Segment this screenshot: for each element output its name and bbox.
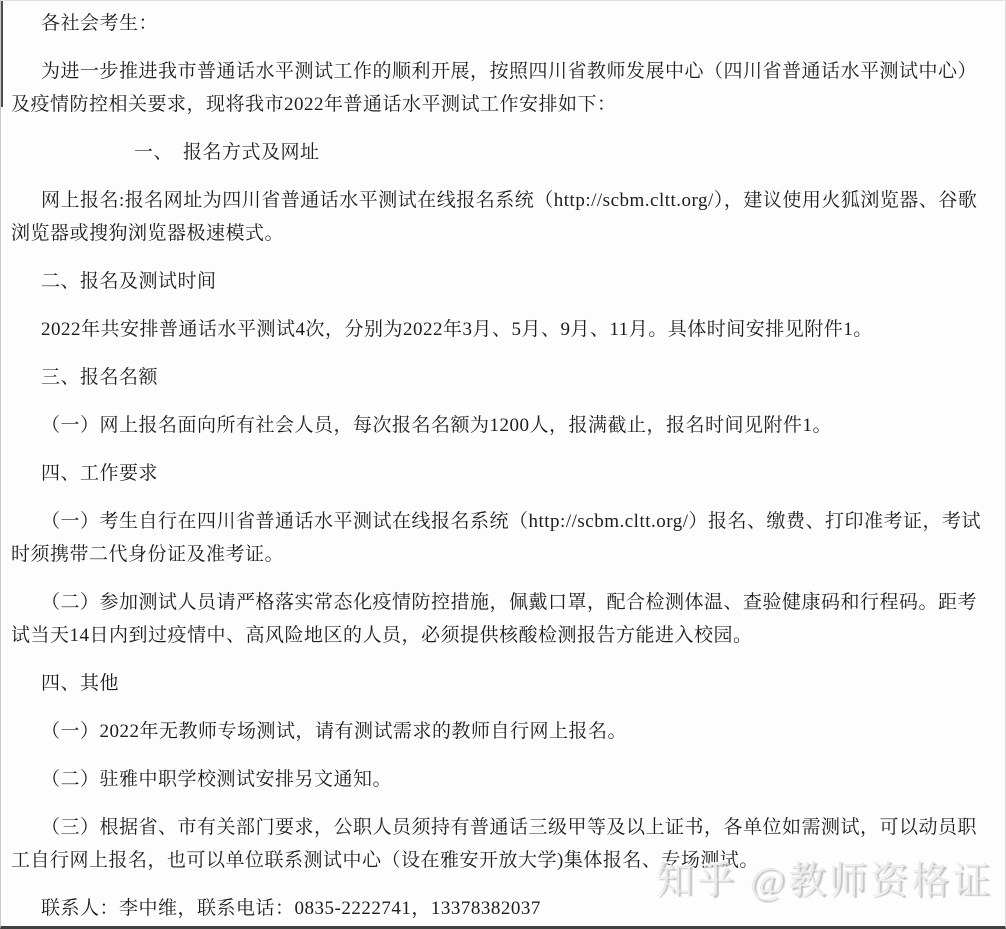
paragraph-other-3: （三）根据省、市有关部门要求，公职人员须持有普通话三级甲等及以上证书，各单位如需… <box>11 811 995 877</box>
section-heading-4-others: 四、其他 <box>11 667 995 700</box>
notice-document-page: 各社会考生： 为进一步推进我市普通话水平测试工作的顺利开展，按照四川省教师发展中… <box>0 0 1006 929</box>
section-heading-3-registration-quota: 三、报名名额 <box>11 361 995 394</box>
paragraph-test-schedule: 2022年共安排普通话水平测试4次，分别为2022年3月、5月、9月、11月。具… <box>11 313 995 346</box>
section-heading-1-registration-method: 一、 报名方式及网址 <box>11 136 995 169</box>
paragraph-requirement-2: （二）参加测试人员请严格落实常态化疫情防控措施，佩戴口罩，配合检测体温、查验健康… <box>11 586 995 652</box>
section-heading-4-work-requirements: 四、工作要求 <box>11 457 995 490</box>
paragraph-quota-detail: （一）网上报名面向所有社会人员，每次报名名额为1200人，报满截止，报名时间见附… <box>11 409 995 442</box>
paragraph-other-1: （一）2022年无教师专场测试，请有测试需求的教师自行网上报名。 <box>11 715 995 748</box>
section-heading-2-registration-and-test-time: 二、报名及测试时间 <box>11 265 995 298</box>
paragraph-other-2: （二）驻雅中职学校测试安排另文通知。 <box>11 763 995 796</box>
intro-paragraph: 为进一步推进我市普通话水平测试工作的顺利开展，按照四川省教师发展中心（四川省普通… <box>11 55 995 121</box>
paragraph-requirement-1: （一）考生自行在四川省普通话水平测试在线报名系统（http://scbm.clt… <box>11 505 995 571</box>
salutation: 各社会考生： <box>11 7 995 40</box>
left-edge-accent <box>1 1 3 107</box>
paragraph-online-registration: 网上报名:报名网址为四川省普通话水平测试在线报名系统（http://scbm.c… <box>11 184 995 250</box>
contact-info-line: 联系人：李中维，联系电话：0835-2222741，13378382037 <box>11 892 995 925</box>
